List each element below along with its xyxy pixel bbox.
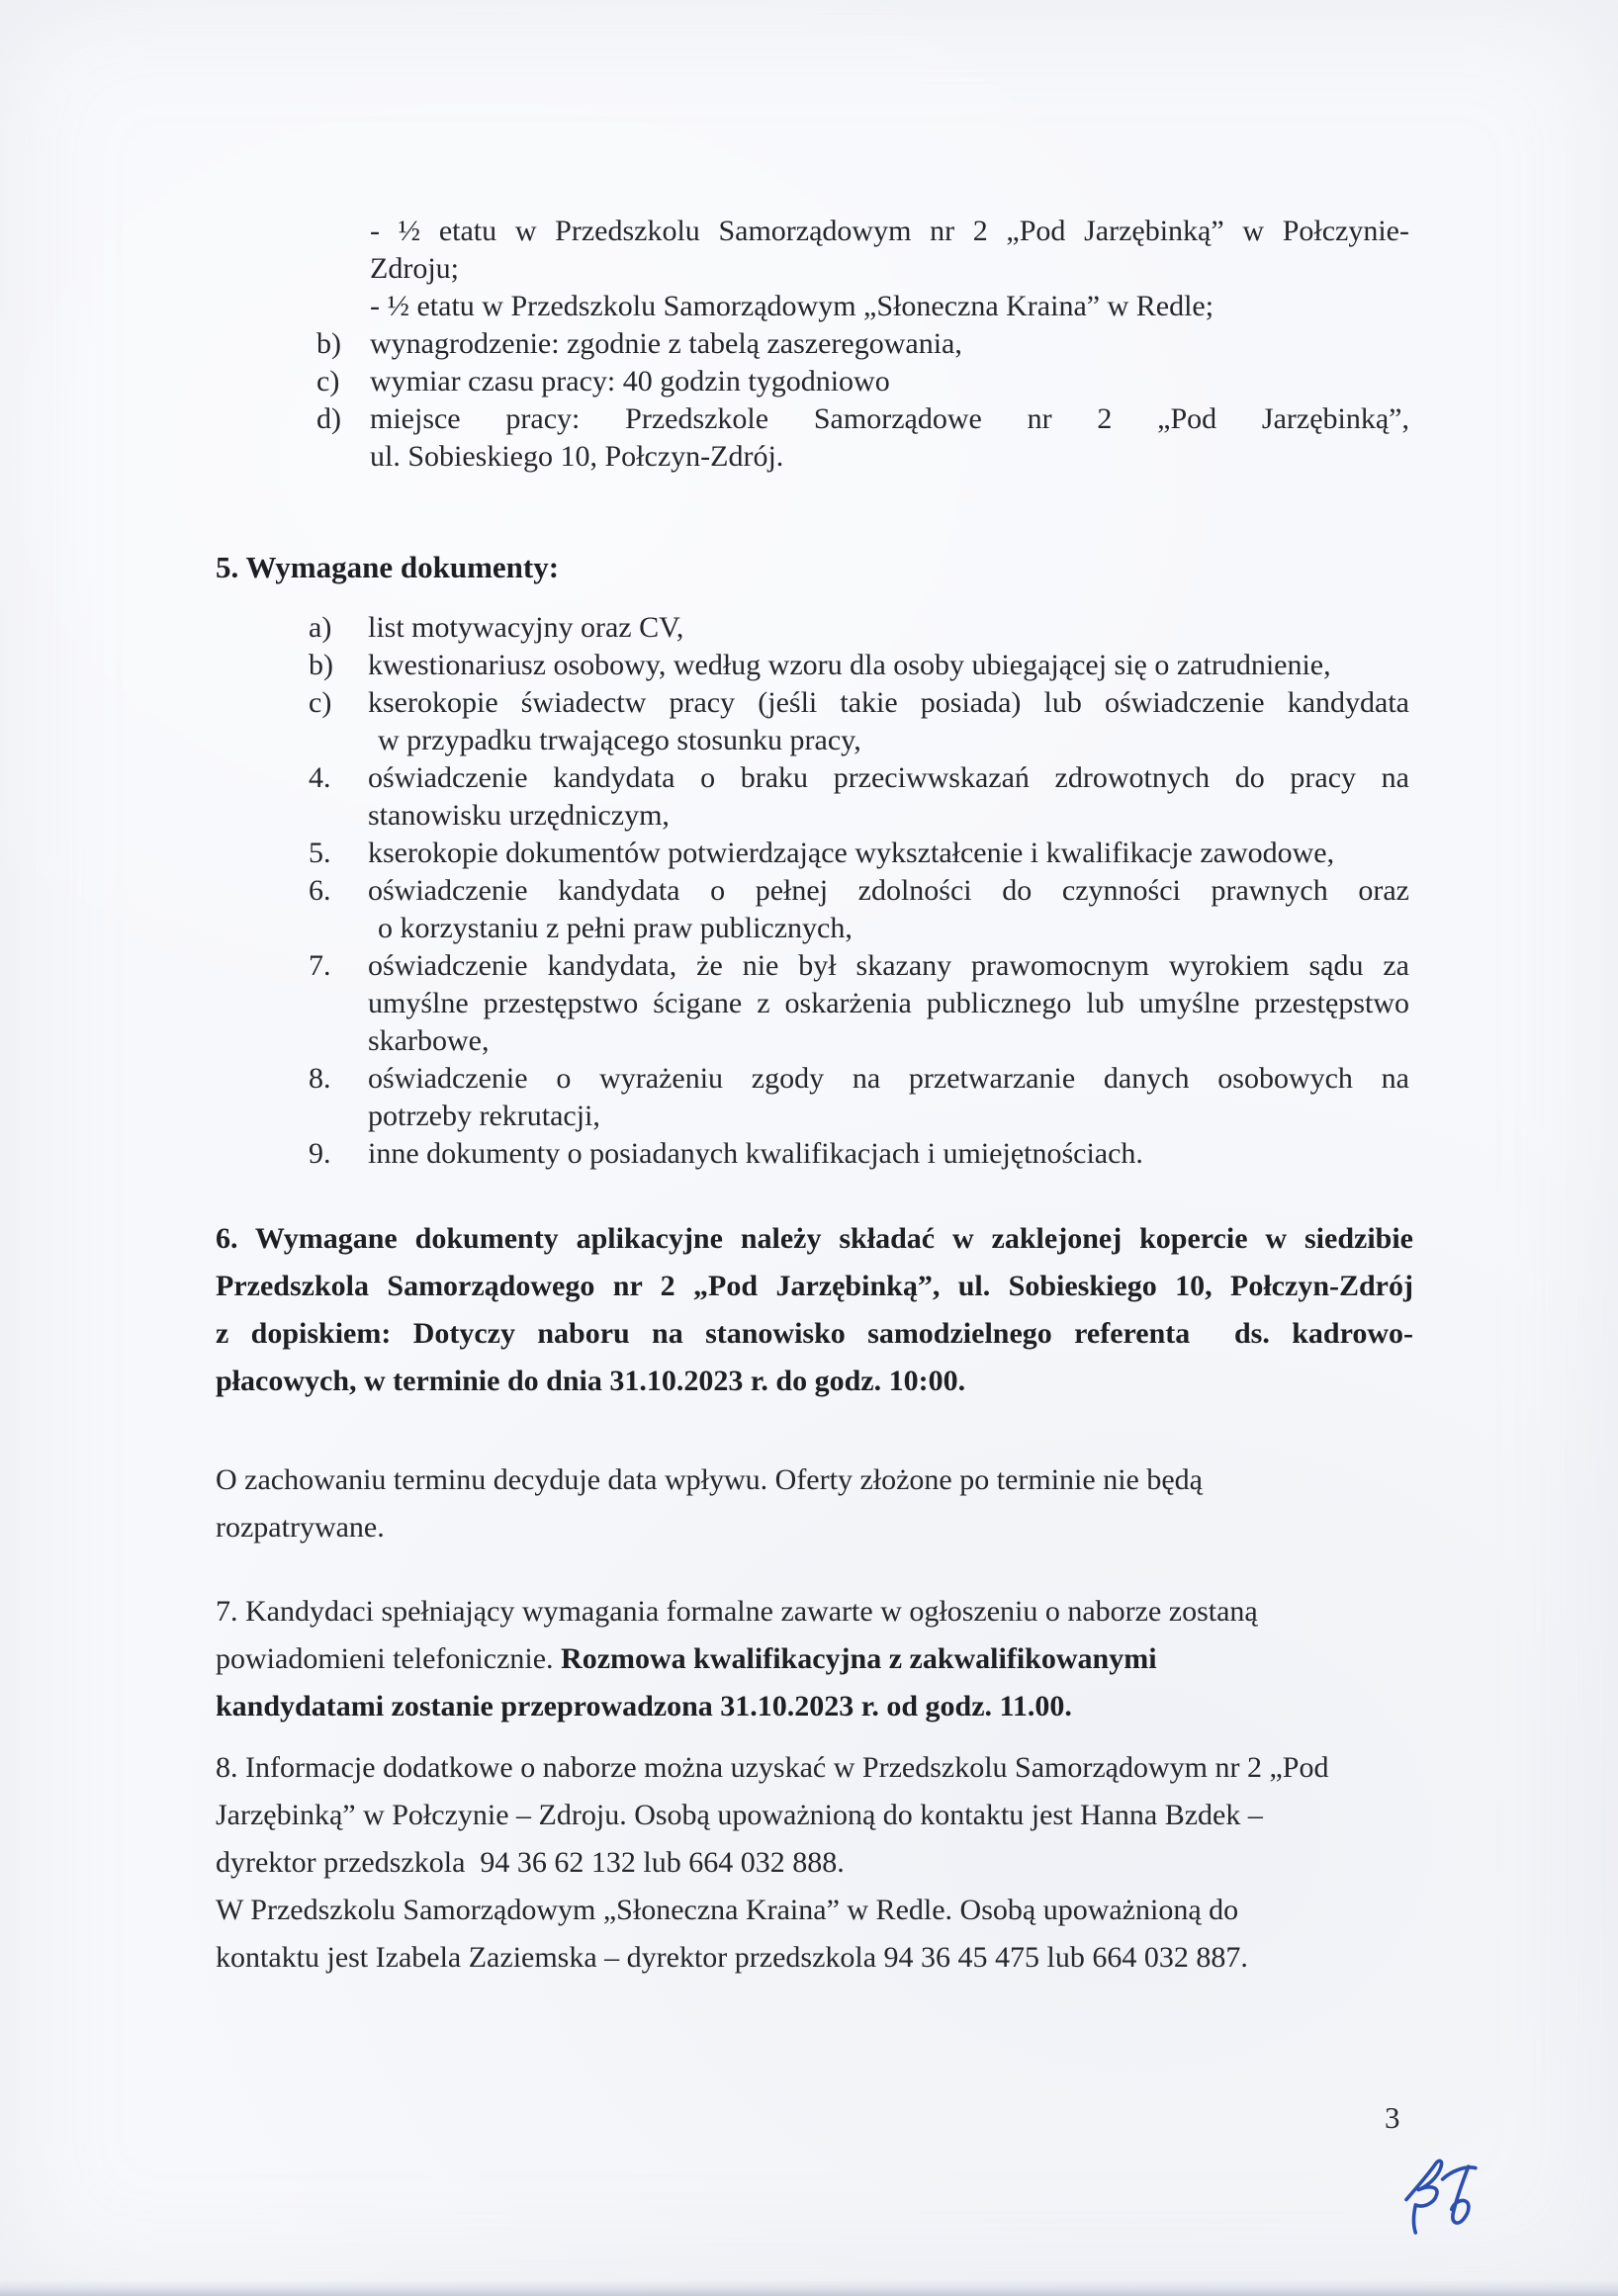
- list-marker: 8.: [309, 1060, 368, 1135]
- para-7-line-2-bold: Rozmowa kwalifikacyjna z zakwalifikowany…: [561, 1642, 1157, 1675]
- para-6-line-4: płacowych, w terminie do dnia 31.10.2023…: [216, 1358, 1413, 1405]
- list-item: 5. kserokopie dokumentów potwierdzające …: [309, 835, 1409, 872]
- list-item: c) wymiar czasu pracy: 40 godzin tygodni…: [316, 363, 1409, 400]
- para-7-line-2: powiadomieni telefonicznie. Rozmowa kwal…: [216, 1635, 1413, 1683]
- list-marker: 9.: [309, 1135, 368, 1173]
- list-marker: b): [316, 325, 370, 363]
- employment-terms-list: - ½ etatu w Przedszkolu Samorządowym nr …: [316, 213, 1409, 476]
- list-marker-empty: [316, 213, 370, 325]
- list-item: b) wynagrodzenie: zgodnie z tabelą zasze…: [316, 325, 1409, 363]
- para-7-line-2-normal: powiadomieni telefonicznie.: [216, 1642, 561, 1675]
- req-item-c-line-1: kserokopie świadectw pracy (jeśli takie …: [368, 684, 1409, 722]
- required-documents-list: a) list motywacyjny oraz CV, b) kwestion…: [309, 609, 1409, 1173]
- req-item-7-line-2: umyślne przestępstwo ścigane z oskarżeni…: [368, 985, 1409, 1022]
- req-item-c-line-2: w przypadku trwającego stosunku pracy,: [378, 722, 1409, 759]
- paragraph-8-contact-info: 8. Informacje dodatkowe o naborze można …: [216, 1744, 1413, 1982]
- document-page: - ½ etatu w Przedszkolu Samorządowym nr …: [0, 0, 1618, 2296]
- list-item: 6. oświadczenie kandydata o pełnej zdoln…: [309, 872, 1409, 947]
- list-marker: b): [309, 647, 368, 684]
- list-marker: d): [316, 400, 370, 476]
- para-8-line-5: kontaktu jest Izabela Zaziemska – dyrekt…: [216, 1934, 1413, 1982]
- list-item: 8. oświadczenie o wyrażeniu zgody na prz…: [309, 1060, 1409, 1135]
- req-item-8-line-1: oświadczenie o wyrażeniu zgody na przetw…: [368, 1060, 1409, 1098]
- item-b-salary: wynagrodzenie: zgodnie z tabelą zaszereg…: [370, 325, 1409, 363]
- scan-edge-shadow: [0, 2280, 1618, 2296]
- req-item-a: list motywacyjny oraz CV,: [368, 609, 1409, 647]
- page-number: 3: [1385, 2100, 1400, 2136]
- subitem-half-etat-1-line-2: Zdroju;: [370, 250, 1409, 288]
- subitem-half-etat-1-line-1: - ½ etatu w Przedszkolu Samorządowym nr …: [370, 213, 1409, 250]
- req-item-9: inne dokumenty o posiadanych kwalifikacj…: [368, 1135, 1409, 1173]
- req-item-4-line-1: oświadczenie kandydata o braku przeciwws…: [368, 759, 1409, 797]
- subitem-half-etat-2: - ½ etatu w Przedszkolu Samorządowym „Sł…: [370, 288, 1409, 325]
- section-5-heading: 5. Wymagane dokumenty:: [216, 550, 559, 585]
- list-item: 9. inne dokumenty o posiadanych kwalifik…: [309, 1135, 1409, 1173]
- list-marker: c): [309, 684, 368, 759]
- list-item: - ½ etatu w Przedszkolu Samorządowym nr …: [316, 213, 1409, 325]
- paragraph-6-submission: 6. Wymagane dokumenty aplikacyjne należy…: [216, 1215, 1413, 1405]
- req-item-5: kserokopie dokumentów potwierdzające wyk…: [368, 835, 1409, 872]
- para-7-line-1: 7. Kandydaci spełniający wymagania forma…: [216, 1588, 1413, 1635]
- req-item-6-line-2: o korzystaniu z pełni praw publicznych,: [378, 910, 1409, 947]
- handwritten-initials-signature: [1390, 2151, 1494, 2249]
- list-item: 7. oświadczenie kandydata, że nie był sk…: [309, 947, 1409, 1060]
- deadline-line-1: O zachowaniu terminu decyduje data wpływ…: [216, 1457, 1413, 1504]
- list-item: d) miejsce pracy: Przedszkole Samorządow…: [316, 400, 1409, 476]
- list-marker: 5.: [309, 835, 368, 872]
- paragraph-deadline-note: O zachowaniu terminu decyduje data wpływ…: [216, 1457, 1413, 1551]
- req-item-b: kwestionariusz osobowy, według wzoru dla…: [368, 647, 1409, 684]
- req-item-6-line-1: oświadczenie kandydata o pełnej zdolnośc…: [368, 872, 1409, 910]
- paragraph-7-interview: 7. Kandydaci spełniający wymagania forma…: [216, 1588, 1413, 1730]
- req-item-7-line-3: skarbowe,: [368, 1022, 1409, 1060]
- list-marker: 7.: [309, 947, 368, 1060]
- list-item: b) kwestionariusz osobowy, według wzoru …: [309, 647, 1409, 684]
- item-c-working-hours: wymiar czasu pracy: 40 godzin tygodniowo: [370, 363, 1409, 400]
- list-item: c) kserokopie świadectw pracy (jeśli tak…: [309, 684, 1409, 759]
- list-item: a) list motywacyjny oraz CV,: [309, 609, 1409, 647]
- para-8-line-2: Jarzębinką” w Połczynie – Zdroju. Osobą …: [216, 1792, 1413, 1839]
- list-marker: a): [309, 609, 368, 647]
- para-6-line-1: 6. Wymagane dokumenty aplikacyjne należy…: [216, 1215, 1413, 1263]
- para-8-line-1: 8. Informacje dodatkowe o naborze można …: [216, 1744, 1413, 1792]
- item-d-workplace-line-2: ul. Sobieskiego 10, Połczyn-Zdrój.: [370, 438, 1409, 476]
- list-item: 4. oświadczenie kandydata o braku przeci…: [309, 759, 1409, 835]
- para-7-line-3: kandydatami zostanie przeprowadzona 31.1…: [216, 1683, 1413, 1730]
- list-marker: 4.: [309, 759, 368, 835]
- deadline-line-2: rozpatrywane.: [216, 1504, 1413, 1551]
- list-marker: 6.: [309, 872, 368, 947]
- req-item-7-line-1: oświadczenie kandydata, że nie był skaza…: [368, 947, 1409, 985]
- req-item-4-line-2: stanowisku urzędniczym,: [368, 797, 1409, 835]
- para-8-line-4: W Przedszkolu Samorządowym „Słoneczna Kr…: [216, 1887, 1413, 1934]
- list-marker: c): [316, 363, 370, 400]
- item-d-workplace-line-1: miejsce pracy: Przedszkole Samorządowe n…: [370, 400, 1409, 438]
- para-8-line-3: dyrektor przedszkola 94 36 62 132 lub 66…: [216, 1839, 1413, 1887]
- para-6-line-2: Przedszkola Samorządowego nr 2 „Pod Jarz…: [216, 1263, 1413, 1310]
- req-item-8-line-2: potrzeby rekrutacji,: [368, 1098, 1409, 1135]
- para-6-line-3: z dopiskiem: Dotyczy naboru na stanowisk…: [216, 1310, 1413, 1358]
